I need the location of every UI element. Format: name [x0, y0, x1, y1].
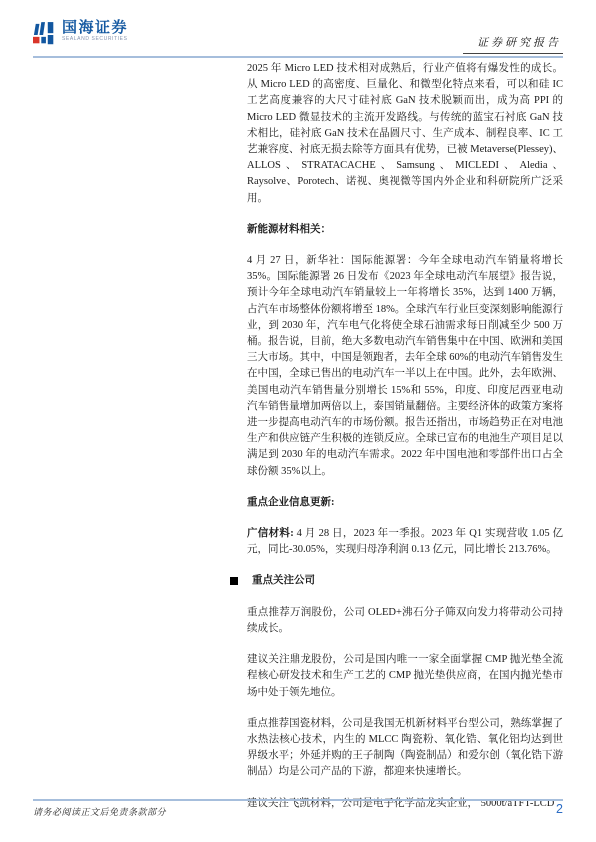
footer-divider: [33, 799, 563, 801]
footer-disclaimer: 请务必阅读正文后免责条款部分: [33, 805, 166, 818]
paragraph-dinglong: 建议关注鼎龙股份，公司是国内唯一一家全面掌握 CMP 抛光垫全流程核心研发技术和…: [247, 652, 563, 701]
brand-subtitle: SEALAND SECURITIES: [62, 37, 128, 42]
page-number: 2: [556, 802, 563, 816]
brand-name: 国海证券: [62, 20, 128, 35]
heading-company-updates: 重点企业信息更新:: [247, 495, 563, 511]
paragraph-guangxin: 广信材料: 4 月 28 日，2023 年一季报。2023 年 Q1 实现营收 …: [247, 526, 563, 558]
report-body: 2025 年 Micro LED 技术相对成熟后，行业产值将有爆发性的成长。从 …: [247, 61, 563, 827]
report-header: 国海证券 SEALAND SECURITIES 证券研究报告: [33, 20, 563, 56]
paragraph-micro-led: 2025 年 Micro LED 技术相对成熟后，行业产值将有爆发性的成长。从 …: [247, 61, 563, 207]
sealand-logo-icon: [33, 22, 57, 48]
paragraph-feikai: 建议关注飞凯材料，公司是电子化学品龙头企业， 5000t/aTFT-LCD: [247, 796, 563, 812]
focus-companies-label: 重点关注公司: [252, 575, 315, 586]
paragraph-guoci: 重点推荐国瓷材料，公司是我国无机新材料平台型公司，熟练掌握了水热法核心技术，内生…: [247, 716, 563, 781]
report-type-label: 证券研究报告: [463, 34, 563, 54]
heading-focus-companies: 重点关注公司: [247, 573, 563, 589]
paragraph-wanrun: 重点推荐万润股份，公司 OLED+沸石分子筛双向发力将带动公司持续成长。: [247, 605, 563, 637]
report-page: 国海证券 SEALAND SECURITIES 证券研究报告 2025 年 Mi…: [0, 0, 596, 842]
header-divider: [33, 56, 563, 58]
guangxin-update-text: 4 月 28 日，2023 年一季报。2023 年 Q1 实现营收 1.05 亿…: [247, 528, 563, 555]
square-bullet-icon: [230, 577, 238, 585]
guangxin-company-name: 广信材料:: [247, 528, 294, 539]
heading-new-energy-materials: 新能源材料相关：: [247, 222, 563, 238]
paragraph-ev-market: 4 月 27 日，新华社：国际能源署：今年全球电动汽车销量将增长 35%。国际能…: [247, 253, 563, 480]
logo-text: 国海证券 SEALAND SECURITIES: [62, 20, 128, 42]
